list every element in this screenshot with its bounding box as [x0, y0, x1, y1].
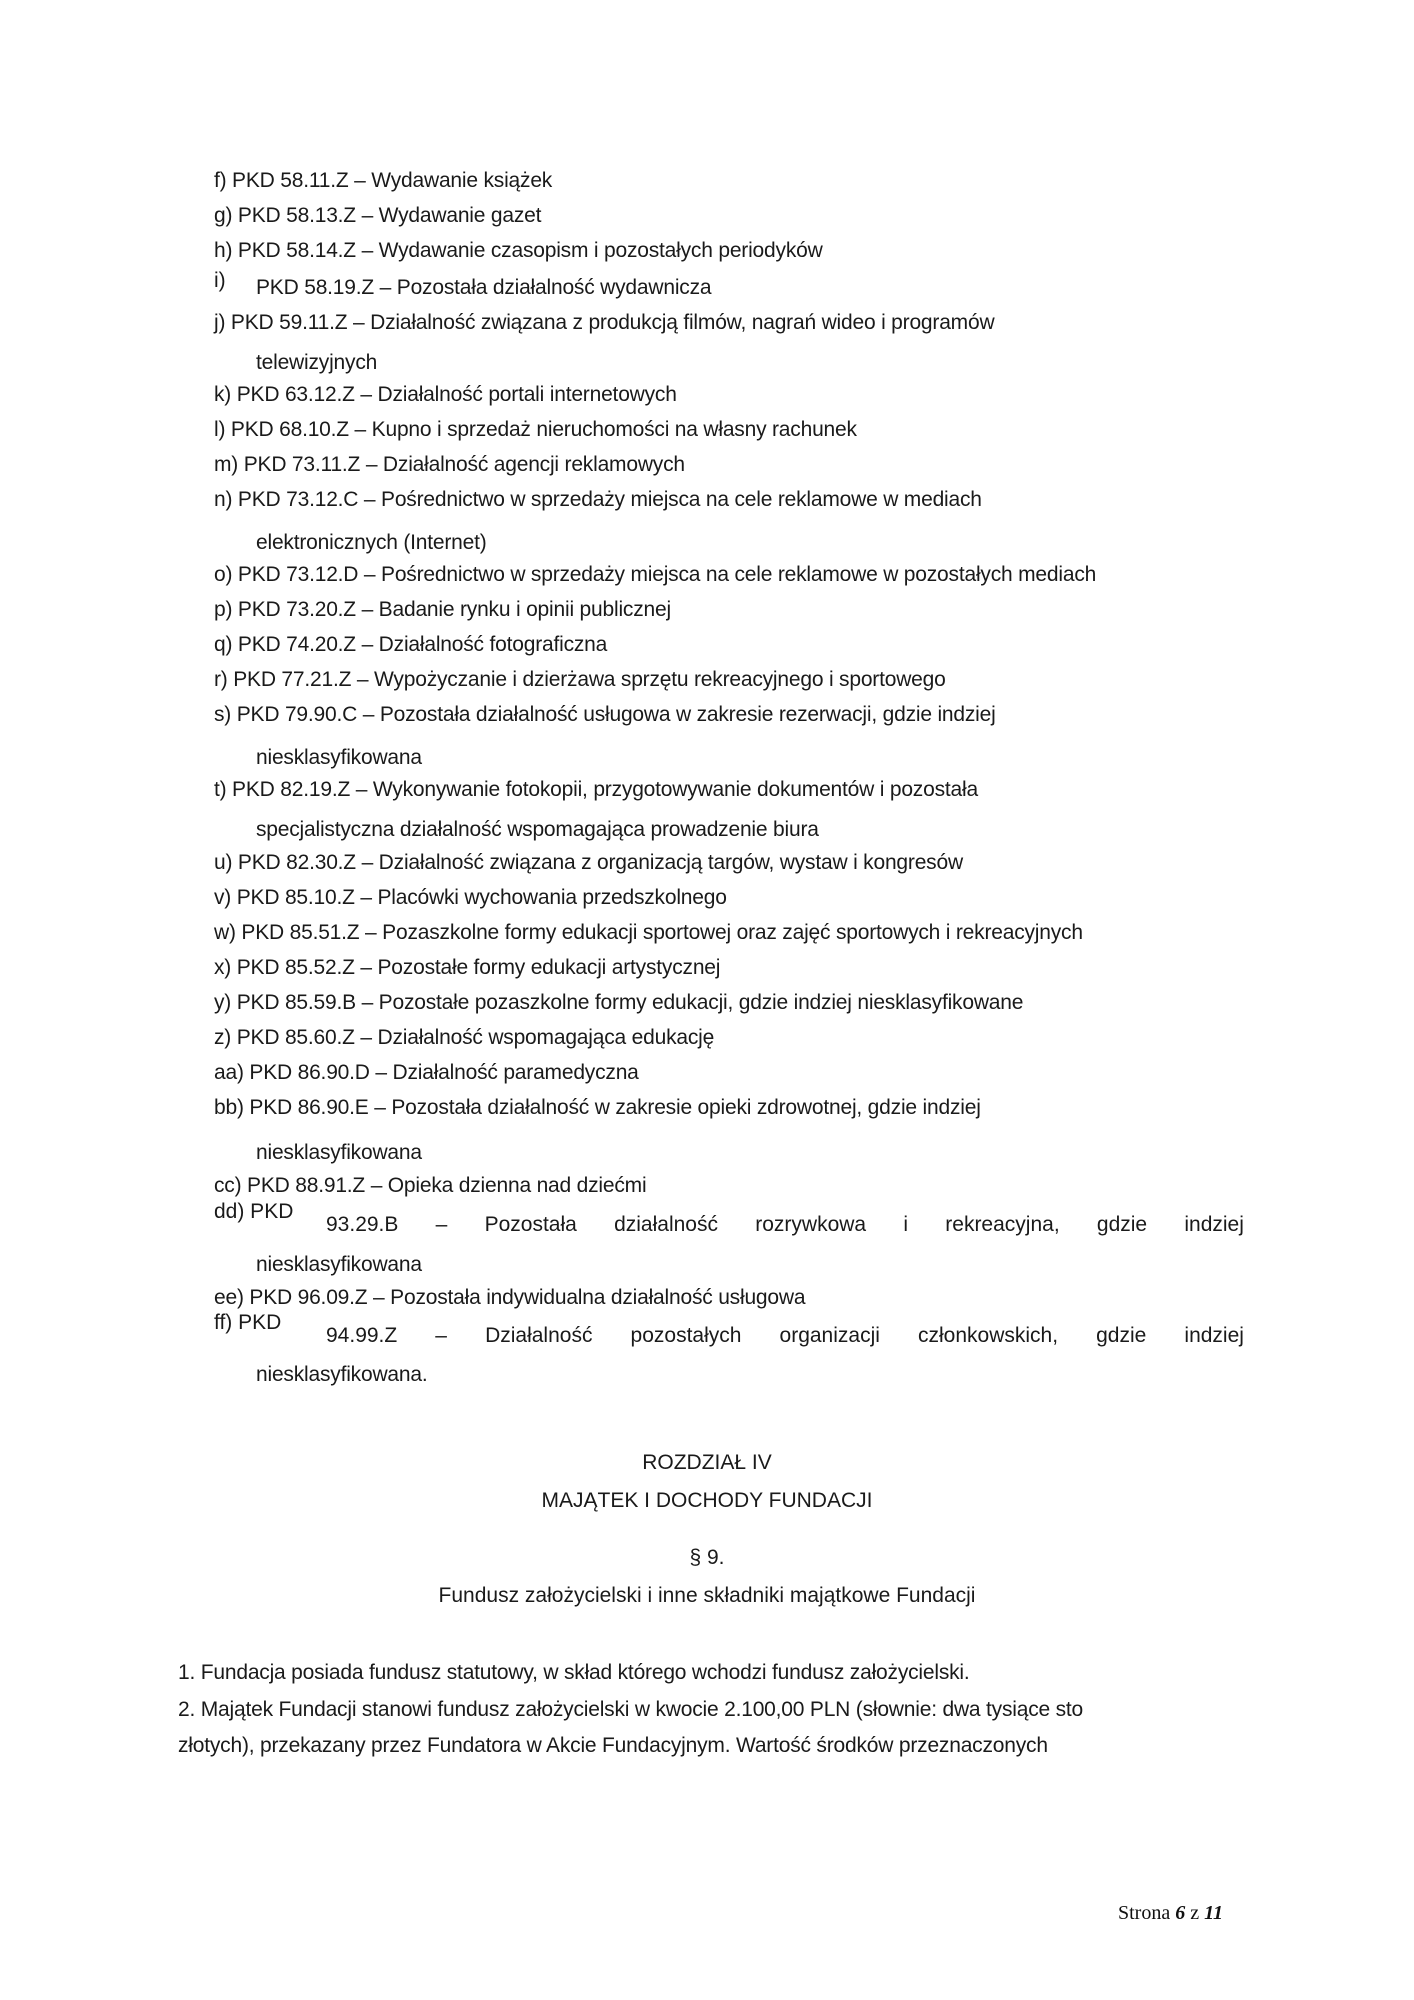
- footer-total-pages: 11: [1204, 1902, 1223, 1924]
- pkd-item-h: h) PKD 58.14.Z – Wydawanie czasopism i p…: [214, 238, 823, 264]
- pkd-item-f: f) PKD 58.11.Z – Wydawanie książek: [214, 168, 552, 194]
- word: 94.99.Z: [326, 1323, 397, 1349]
- pkd-item-n: n) PKD 73.12.C – Pośrednictwo w sprzedaż…: [214, 487, 982, 513]
- page-footer: Strona 6 z 11: [1118, 1902, 1223, 1925]
- pkd-item-v: v) PKD 85.10.Z – Placówki wychowania prz…: [214, 885, 727, 911]
- pkd-item-w: w) PKD 85.51.Z – Pozaszkolne formy eduka…: [214, 920, 1083, 946]
- pkd-item-q: q) PKD 74.20.Z – Działalność fotograficz…: [214, 632, 607, 658]
- word: działalność: [614, 1212, 718, 1238]
- word: indziej: [1184, 1212, 1244, 1238]
- pkd-item-k: k) PKD 63.12.Z – Działalność portali int…: [214, 382, 677, 408]
- chapter-title: MAJĄTEK I DOCHODY FUNDACJI: [0, 1488, 1414, 1514]
- pkd-item-j: j) PKD 59.11.Z – Działalność związana z …: [214, 310, 994, 336]
- word: rekreacyjna,: [945, 1212, 1059, 1238]
- pkd-item-y: y) PKD 85.59.B – Pozostałe pozaszkolne f…: [214, 990, 1023, 1016]
- pkd-item-n-continuation: elektronicznych (Internet): [256, 530, 487, 556]
- pkd-item-o: o) PKD 73.12.D – Pośrednictwo w sprzedaż…: [214, 562, 1096, 588]
- pkd-item-t-continuation: specjalistyczna działalność wspomagająca…: [256, 817, 819, 843]
- pkd-item-dd-continuation: niesklasyfikowana: [256, 1252, 422, 1278]
- pkd-item-s-continuation: niesklasyfikowana: [256, 745, 422, 771]
- word: 93.29.B: [326, 1212, 398, 1238]
- pkd-item-bb-continuation: niesklasyfikowana: [256, 1140, 422, 1166]
- section-number: § 9.: [0, 1545, 1414, 1571]
- footer-page-number: 6: [1175, 1902, 1185, 1924]
- pkd-item-ff-continuation: niesklasyfikowana.: [256, 1362, 428, 1388]
- paragraph-1: 1. Fundacja posiada fundusz statutowy, w…: [178, 1660, 970, 1686]
- pkd-item-t: t) PKD 82.19.Z – Wykonywanie fotokopii, …: [214, 777, 978, 803]
- paragraph-2: 2. Majątek Fundacji stanowi fundusz zało…: [178, 1697, 1083, 1723]
- word: gdzie: [1096, 1323, 1146, 1349]
- footer-label: Strona: [1118, 1902, 1170, 1924]
- pkd-item-p: p) PKD 73.20.Z – Badanie rynku i opinii …: [214, 597, 671, 623]
- pkd-item-i-marker: i): [214, 268, 226, 294]
- pkd-item-u: u) PKD 82.30.Z – Działalność związana z …: [214, 850, 963, 876]
- word: gdzie: [1097, 1212, 1147, 1238]
- pkd-item-ee: ee) PKD 96.09.Z – Pozostała indywidualna…: [214, 1285, 805, 1311]
- pkd-item-bb: bb) PKD 86.90.E – Pozostała działalność …: [214, 1095, 981, 1121]
- word: Pozostała: [485, 1212, 577, 1238]
- pkd-item-aa: aa) PKD 86.90.D – Działalność paramedycz…: [214, 1060, 639, 1086]
- footer-separator: z: [1190, 1902, 1199, 1924]
- word: rozrywkowa: [755, 1212, 866, 1238]
- word: indziej: [1184, 1323, 1244, 1349]
- pkd-item-z: z) PKD 85.60.Z – Działalność wspomagając…: [214, 1025, 714, 1051]
- pkd-item-ff-marker: ff) PKD: [214, 1310, 281, 1336]
- word: pozostałych: [631, 1323, 742, 1349]
- pkd-item-ff: 94.99.Z–Działalnośćpozostałychorganizacj…: [326, 1323, 1244, 1349]
- pkd-item-j-continuation: telewizyjnych: [256, 350, 377, 376]
- pkd-item-cc: cc) PKD 88.91.Z – Opieka dzienna nad dzi…: [214, 1173, 646, 1199]
- word: Działalność: [485, 1323, 592, 1349]
- pkd-item-x: x) PKD 85.52.Z – Pozostałe formy edukacj…: [214, 955, 720, 981]
- pkd-item-i: PKD 58.19.Z – Pozostała działalność wyda…: [256, 275, 711, 301]
- section-title: Fundusz założycielski i inne składniki m…: [0, 1583, 1414, 1609]
- word: –: [436, 1212, 448, 1238]
- pkd-item-m: m) PKD 73.11.Z – Działalność agencji rek…: [214, 452, 685, 478]
- pkd-item-dd-marker: dd) PKD: [214, 1199, 293, 1225]
- chapter-number: ROZDZIAŁ IV: [0, 1450, 1414, 1476]
- pkd-item-s: s) PKD 79.90.C – Pozostała działalność u…: [214, 702, 996, 728]
- pkd-item-dd: 93.29.B–Pozostaładziałalnośćrozrywkowair…: [326, 1212, 1244, 1238]
- word: członkowskich,: [918, 1323, 1058, 1349]
- word: organizacji: [780, 1323, 880, 1349]
- pkd-item-g: g) PKD 58.13.Z – Wydawanie gazet: [214, 203, 541, 229]
- pkd-item-r: r) PKD 77.21.Z – Wypożyczanie i dzierżaw…: [214, 667, 946, 693]
- word: –: [435, 1323, 447, 1349]
- pkd-item-l: l) PKD 68.10.Z – Kupno i sprzedaż nieruc…: [214, 417, 857, 443]
- paragraph-2-continuation: złotych), przekazany przez Fundatora w A…: [178, 1733, 1048, 1759]
- word: i: [903, 1212, 908, 1238]
